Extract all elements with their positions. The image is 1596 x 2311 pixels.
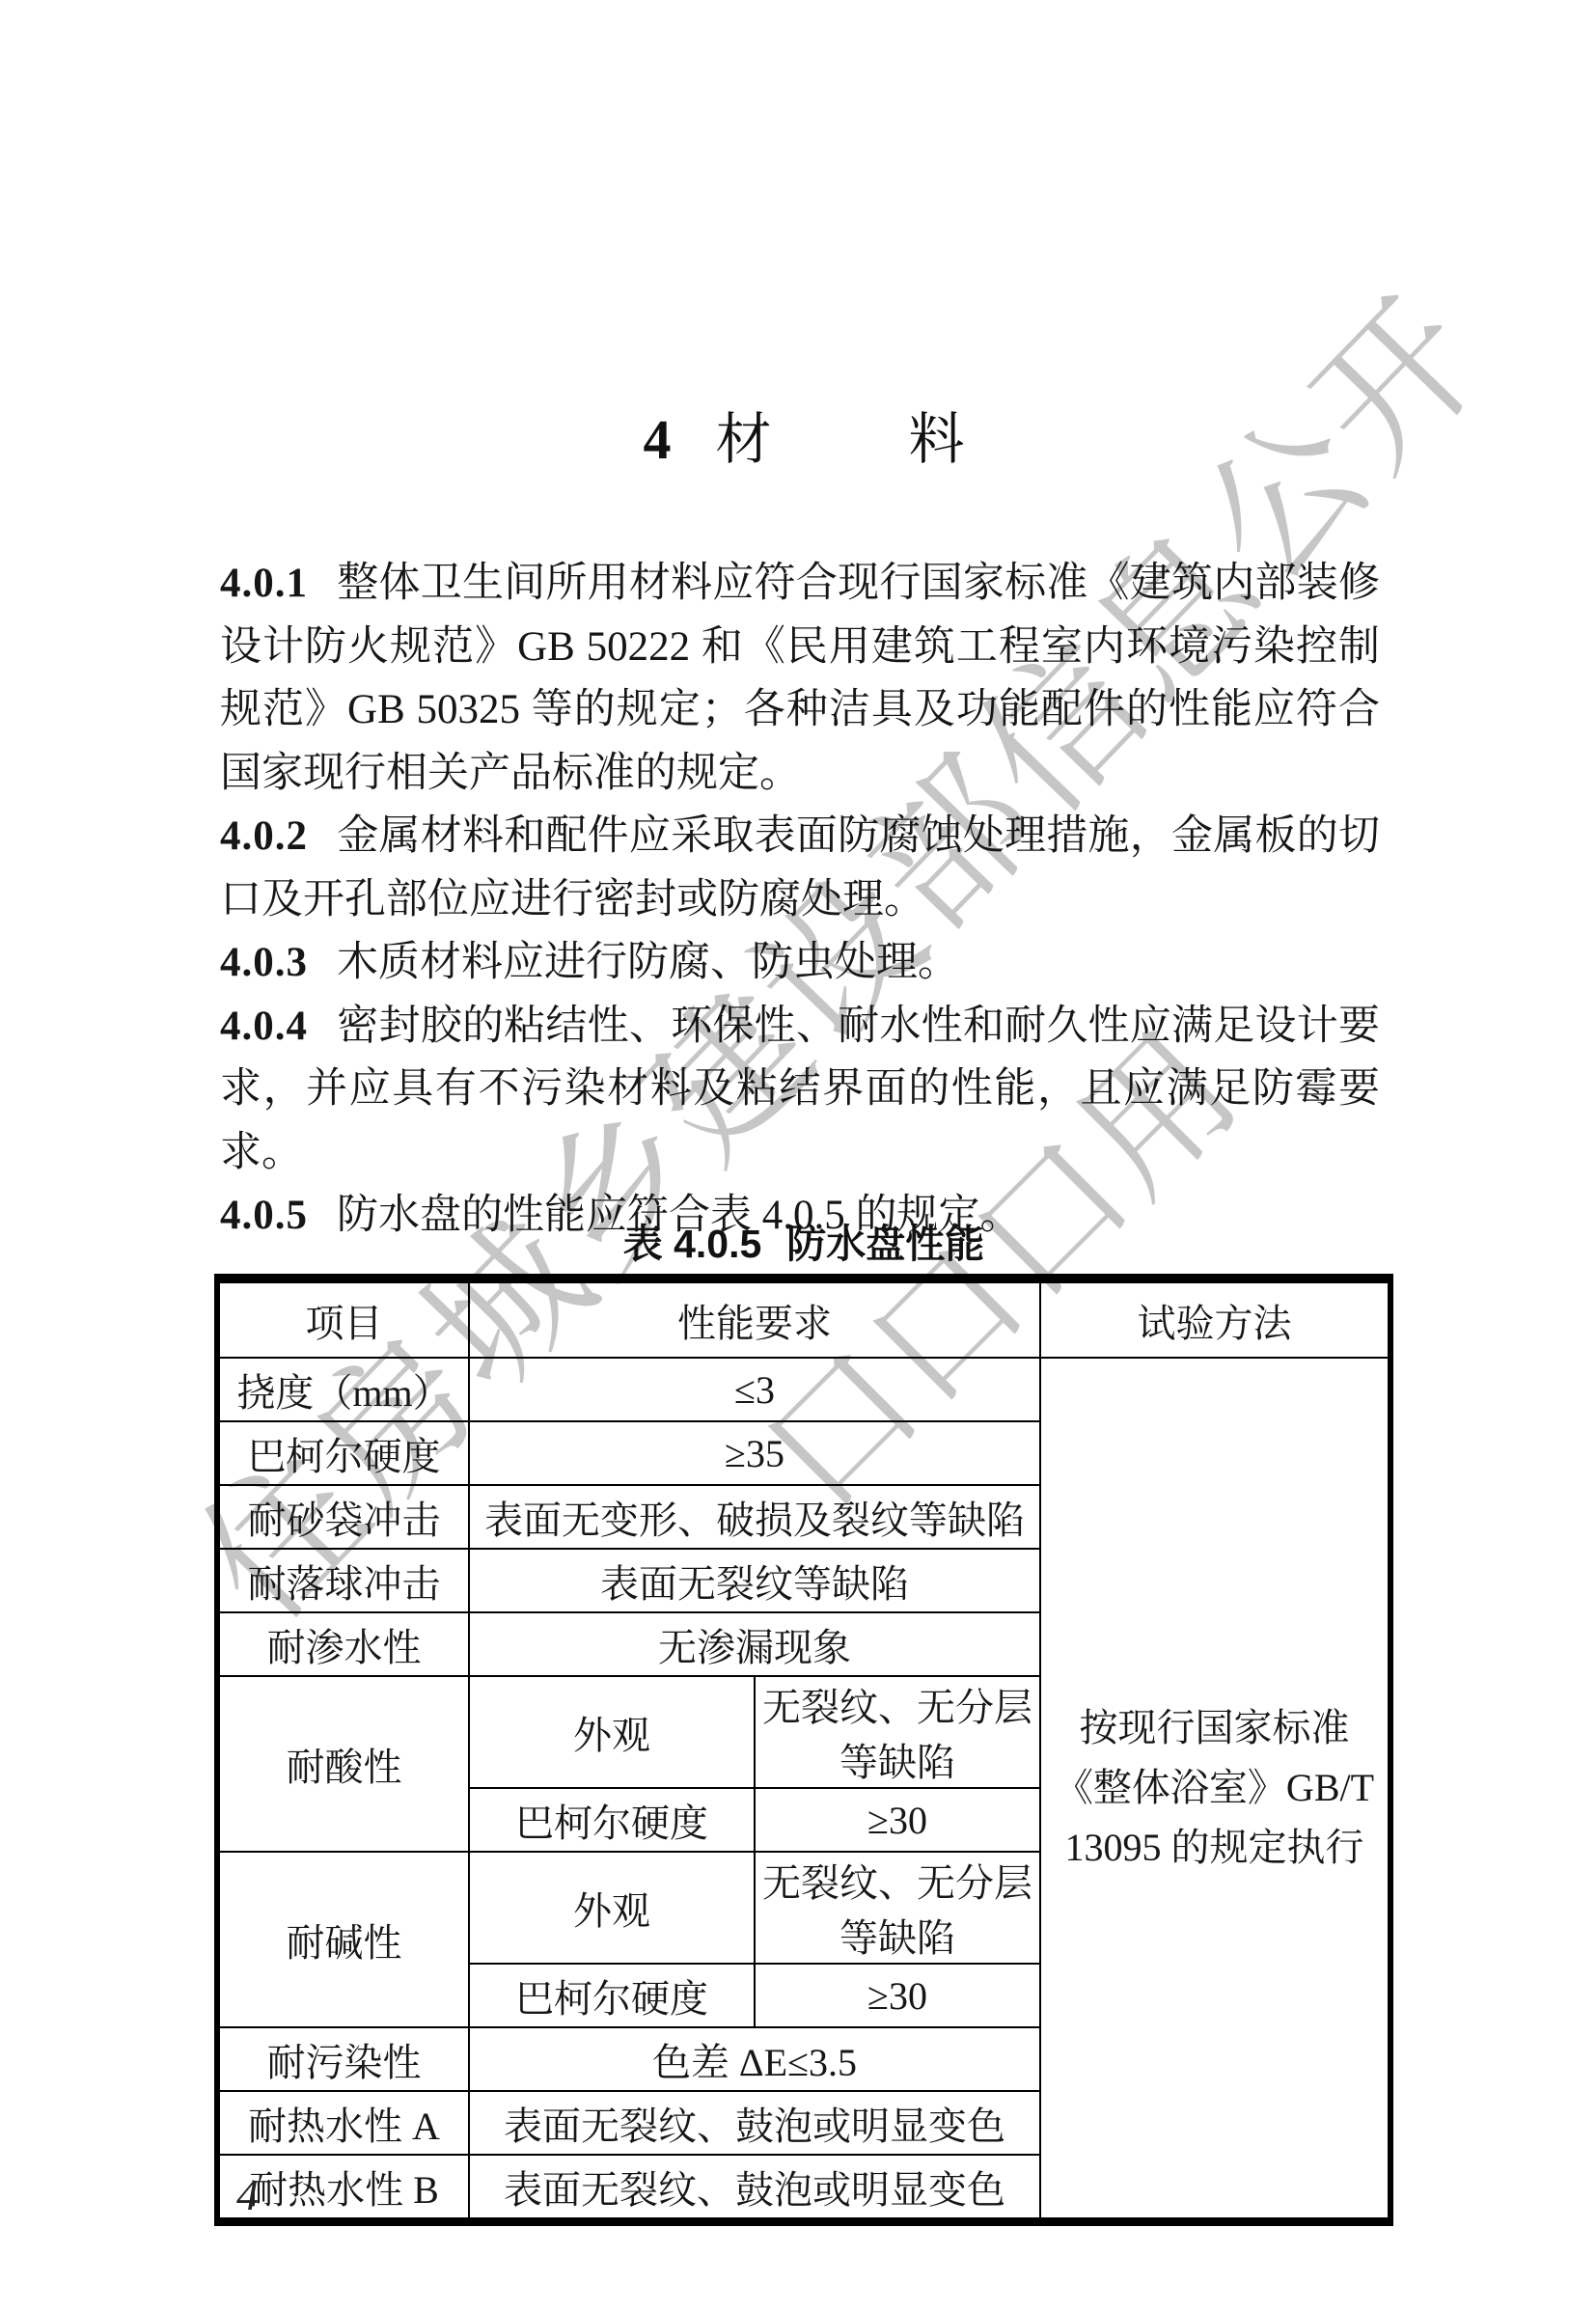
performance-table: 项目 性能要求 试验方法 挠度（mm） ≤3 按现行国家标准 《整体浴室》GB/… [218,1281,1390,2219]
chapter-number: 4 [643,407,671,472]
clause-label: 4.0.4 [220,1004,308,1049]
table-caption-title: 防水盘性能 [786,1222,984,1266]
cell-sub-item: 外观 [469,1852,755,1964]
cell-requirement: 无裂纹、无分层等缺陷 [755,1852,1040,1964]
test-method-line: 《整体浴室》GB/T [1047,1758,1382,1818]
clause-paragraph: 4.0.4密封胶的粘结性、环保性、耐水性和耐久性应满足设计要求，并应具有不污染材… [220,995,1380,1185]
performance-table-wrap: 项目 性能要求 试验方法 挠度（mm） ≤3 按现行国家标准 《整体浴室》GB/… [214,1274,1393,2226]
cell-item: 挠度（mm） [219,1358,469,1421]
table-caption: 表 4.0.5防水盘性能 [214,1212,1393,1269]
header-requirement: 性能要求 [469,1282,1040,1358]
cell-requirement: ≥30 [755,1964,1040,2027]
clause-paragraph: 4.0.2金属材料和配件应采取表面防腐蚀处理措施，金属板的切口及开孔部位应进行密… [220,805,1380,931]
clause-label: 4.0.1 [220,561,308,606]
chapter-title-word-right: 料 [909,394,965,475]
cell-requirement: 表面无裂纹等缺陷 [469,1549,1040,1612]
page-title: 4 材 料 [214,394,1393,475]
clause-text: 密封胶的粘结性、环保性、耐水性和耐久性应满足设计要求，并应具有不污染材料及粘结界… [220,1004,1380,1175]
cell-requirement: 表面无裂纹、鼓泡或明显变色 [469,2155,1040,2218]
clause-text: 金属材料和配件应采取表面防腐蚀处理措施，金属板的切口及开孔部位应进行密封或防腐处… [220,813,1380,922]
clause-paragraph: 4.0.3木质材料应进行防腐、防虫处理。 [220,931,1380,995]
test-method-line: 按现行国家标准 [1047,1698,1382,1758]
cell-item: 巴柯尔硬度 [219,1421,469,1485]
clause-paragraph: 4.0.1整体卫生间所用材料应符合现行国家标准《建筑内部装修设计防火规范》GB … [220,552,1380,805]
cell-test-method: 按现行国家标准 《整体浴室》GB/T 13095 的规定执行 [1040,1358,1389,2218]
header-item: 项目 [219,1282,469,1358]
cell-sub-item: 外观 [469,1676,755,1788]
cell-item: 耐渗水性 [219,1612,469,1676]
cell-requirement: 色差 ΔE≤3.5 [469,2027,1040,2091]
cell-item: 耐酸性 [219,1676,469,1852]
document-page: 住房城乡建设部信息公开 口口口用 4 材 料 4.0.1整体卫生间所用材料应符合… [0,0,1596,2311]
cell-item: 耐砂袋冲击 [219,1485,469,1549]
cell-requirement: 表面无变形、破损及裂纹等缺陷 [469,1485,1040,1549]
cell-requirement: 表面无裂纹、鼓泡或明显变色 [469,2091,1040,2155]
clause-text: 整体卫生间所用材料应符合现行国家标准《建筑内部装修设计防火规范》GB 50222… [220,561,1380,796]
header-method: 试验方法 [1040,1282,1389,1358]
clause-label: 4.0.2 [220,813,308,859]
chapter-title-word-left: 材 [715,394,771,475]
page-number: 4 [236,2169,259,2220]
clause-list: 4.0.1整体卫生间所用材料应符合现行国家标准《建筑内部装修设计防火规范》GB … [220,552,1380,1248]
table-caption-label: 表 4.0.5 [623,1222,762,1266]
cell-requirement: ≥30 [755,1788,1040,1852]
cell-sub-item: 巴柯尔硬度 [469,1788,755,1852]
clause-label: 4.0.3 [220,940,308,985]
clause-text: 木质材料应进行防腐、防虫处理。 [337,940,959,985]
cell-item: 耐碱性 [219,1852,469,2027]
test-method-line: 13095 的规定执行 [1047,1818,1382,1878]
cell-item: 耐热水性 A [219,2091,469,2155]
cell-item: 耐污染性 [219,2027,469,2091]
cell-item: 耐落球冲击 [219,1549,469,1612]
cell-requirement: 无裂纹、无分层等缺陷 [755,1676,1040,1788]
table-row: 挠度（mm） ≤3 按现行国家标准 《整体浴室》GB/T 13095 的规定执行 [219,1358,1389,1421]
cell-requirement: ≥35 [469,1421,1040,1485]
cell-sub-item: 巴柯尔硬度 [469,1964,755,2027]
cell-requirement: 无渗漏现象 [469,1612,1040,1676]
table-header-row: 项目 性能要求 试验方法 [219,1282,1389,1358]
cell-requirement: ≤3 [469,1358,1040,1421]
